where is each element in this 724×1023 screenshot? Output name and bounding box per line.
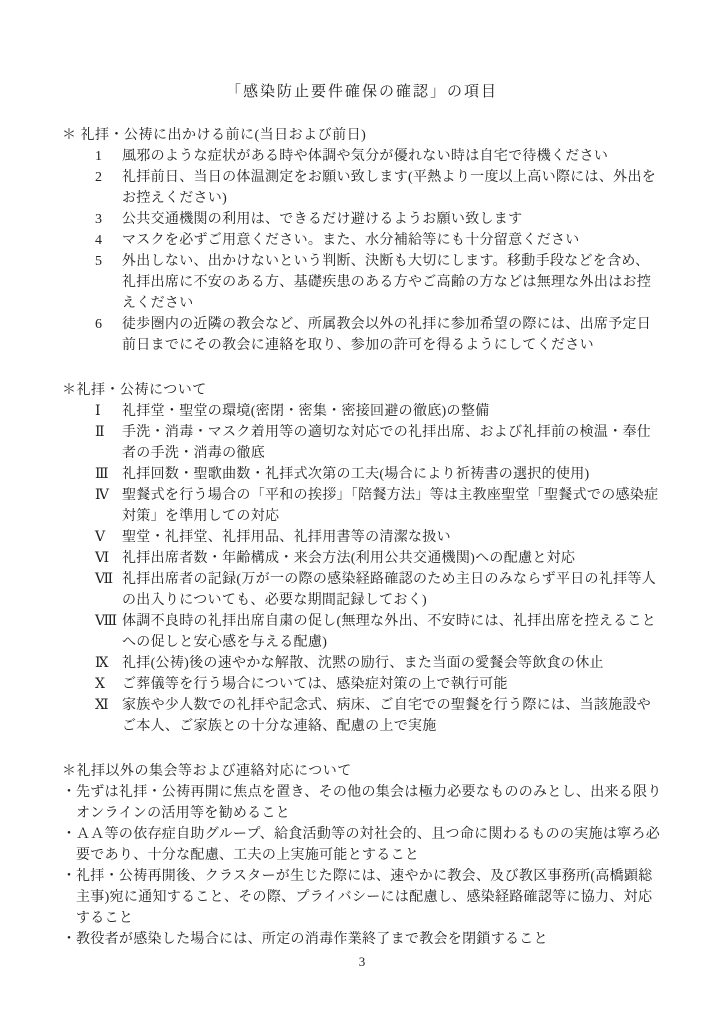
list-item: Ⅺ 家族や少人数での礼拝や記念式、病床、ご自宅での聖餐を行う際には、当該施設やご… [62,695,662,737]
item-marker: 5 [95,251,122,272]
section-about-worship: ＊礼拝・公祷について Ⅰ 礼拝堂・聖堂の環境(密閉・密集・密接回避の徹底)の整備… [62,380,662,737]
section-before-worship: ＊ 礼拝・公祷に出かける前に(当日および前日) 1 風邪のような症状がある時や体… [62,125,662,356]
item-text: 礼拝出席者数・年齢構成・来会方法(利用公共交通機関)への配慮と対応 [122,548,662,569]
page-number: 3 [62,951,662,972]
list-item: Ⅶ 礼拝出席者の記録(万が一の際の感染経路確認のため主日のみならず平日の礼拝等人… [62,569,662,611]
list-item: Ⅲ 礼拝回数・聖歌曲数・礼拝式次第の工夫(場合により祈祷書の選択的使用) [62,464,662,485]
section-heading: ＊ 礼拝・公祷に出かける前に(当日および前日) [62,125,662,146]
item-marker: Ⅶ [95,569,122,590]
list-item: ・ 教役者が感染した場合には、所定の消毒作業終了まで教会を閉鎖すること [62,929,662,950]
item-text: 公共交通機関の利用は、できるだけ避けるようお願い致します [122,209,662,230]
list-item: 4 マスクを必ずご用意ください。また、水分補給等にも十分留意ください [62,230,662,251]
item-marker: 2 [95,167,122,188]
item-text: 教役者が感染した場合には、所定の消毒作業終了まで教会を閉鎖すること [76,929,662,950]
item-text: 風邪のような症状がある時や体調や気分が優れない時は自宅で待機ください [122,146,662,167]
item-text: 家族や少人数での礼拝や記念式、病床、ご自宅での聖餐を行う際には、当該施設やご本人… [122,695,662,737]
list-item: Ⅷ 体調不良時の礼拝出席自粛の促し(無理な外出、不安時には、礼拝出席を控えること… [62,611,662,653]
item-marker: Ⅺ [95,695,122,716]
item-marker: Ⅰ [95,401,122,422]
list-item: Ⅴ 聖堂・礼拝堂、礼拝用品、礼拝用書等の清潔な扱い [62,527,662,548]
item-marker: Ⅳ [95,485,122,506]
item-text: 礼拝堂・聖堂の環境(密閉・密集・密接回避の徹底)の整備 [122,401,662,422]
item-text: マスクを必ずご用意ください。また、水分補給等にも十分留意ください [122,230,662,251]
item-text: 体調不良時の礼拝出席自粛の促し(無理な外出、不安時には、礼拝出席を控えることへの… [122,611,662,653]
item-marker: 4 [95,230,122,251]
item-text: 徒歩圏内の近隣の教会など、所属教会以外の礼拝に参加希望の際には、出席予定日前日ま… [122,314,662,356]
item-text: 礼拝回数・聖歌曲数・礼拝式次第の工夫(場合により祈祷書の選択的使用) [122,464,662,485]
item-marker: Ⅸ [95,653,122,674]
item-marker: Ⅹ [95,674,122,695]
list-item: ・ 先ずは礼拝・公祷再開に焦点を置き、その他の集会は極力必要なもののみとし、出来… [62,782,662,824]
item-text: 礼拝出席者の記録(万が一の際の感染経路確認のため主日のみならず平日の礼拝等人の出… [122,569,662,611]
list-item: ・ ＡＡ等の依存症自助グループ、給食活動等の対社会的、且つ命に関わるものの実施は… [62,824,662,866]
section-other-meetings: ＊礼拝以外の集会等および連絡対応について ・ 先ずは礼拝・公祷再開に焦点を置き、… [62,761,662,950]
page-title: 「感染防止要件確保の確認」の項目 [62,82,662,103]
list-item: 1 風邪のような症状がある時や体調や気分が優れない時は自宅で待機ください [62,146,662,167]
item-marker: Ⅲ [95,464,122,485]
bullet-marker: ・ [62,824,76,845]
item-text: 礼拝(公祷)後の速やかな解散、沈黙の励行、また当面の愛餐会等飲食の休止 [122,653,662,674]
list-item: Ⅱ 手洗・消毒・マスク着用等の適切な対応での礼拝出席、および礼拝前の検温・奉仕者… [62,422,662,464]
item-text: 礼拝前日、当日の体温測定をお願い致します(平熱より一度以上高い際には、外出をお控… [122,167,662,209]
list-item: 3 公共交通機関の利用は、できるだけ避けるようお願い致します [62,209,662,230]
item-text: ご葬儀等を行う場合については、感染症対策の上で執行可能 [122,674,662,695]
list-item: 2 礼拝前日、当日の体温測定をお願い致します(平熱より一度以上高い際には、外出を… [62,167,662,209]
item-marker: 6 [95,314,122,335]
list-item: Ⅸ 礼拝(公祷)後の速やかな解散、沈黙の励行、また当面の愛餐会等飲食の休止 [62,653,662,674]
section-heading: ＊礼拝・公祷について [62,380,662,401]
list-item: 6 徒歩圏内の近隣の教会など、所属教会以外の礼拝に参加希望の際には、出席予定日前… [62,314,662,356]
list-item: Ⅳ 聖餐式を行う場合の「平和の挨拶」「陪餐方法」等は主教座聖堂「聖餐式での感染症… [62,485,662,527]
item-marker: 3 [95,209,122,230]
item-text: 外出しない、出かけないという判断、決断も大切にします。移動手段などを含め、礼拝出… [122,251,662,314]
bullet-marker: ・ [62,866,76,887]
item-marker: Ⅴ [95,527,122,548]
list-item: Ⅰ 礼拝堂・聖堂の環境(密閉・密集・密接回避の徹底)の整備 [62,401,662,422]
item-text: 先ずは礼拝・公祷再開に焦点を置き、その他の集会は極力必要なもののみとし、出来る限… [76,782,662,824]
bullet-marker: ・ [62,929,76,950]
item-text: 手洗・消毒・マスク着用等の適切な対応での礼拝出席、および礼拝前の検温・奉仕者の手… [122,422,662,464]
list-item: 5 外出しない、出かけないという判断、決断も大切にします。移動手段などを含め、礼… [62,251,662,314]
item-marker: Ⅱ [95,422,122,443]
document-page: 「感染防止要件確保の確認」の項目 ＊ 礼拝・公祷に出かける前に(当日および前日)… [0,0,724,1023]
list-item: Ⅹ ご葬儀等を行う場合については、感染症対策の上で執行可能 [62,674,662,695]
item-text: 礼拝・公祷再開後、クラスターが生じた際には、速やかに教会、及び教区事務所(高橋顕… [76,866,662,929]
section-heading: ＊礼拝以外の集会等および連絡対応について [62,761,662,782]
list-item: Ⅵ 礼拝出席者数・年齢構成・来会方法(利用公共交通機関)への配慮と対応 [62,548,662,569]
item-marker: 1 [95,146,122,167]
item-text: ＡＡ等の依存症自助グループ、給食活動等の対社会的、且つ命に関わるものの実施は寧ろ… [76,824,662,866]
list-item: ・ 礼拝・公祷再開後、クラスターが生じた際には、速やかに教会、及び教区事務所(高… [62,866,662,929]
bullet-marker: ・ [62,782,76,803]
item-marker: Ⅵ [95,548,122,569]
item-text: 聖餐式を行う場合の「平和の挨拶」「陪餐方法」等は主教座聖堂「聖餐式での感染症対策… [122,485,662,527]
item-marker: Ⅷ [95,611,122,632]
item-text: 聖堂・礼拝堂、礼拝用品、礼拝用書等の清潔な扱い [122,527,662,548]
